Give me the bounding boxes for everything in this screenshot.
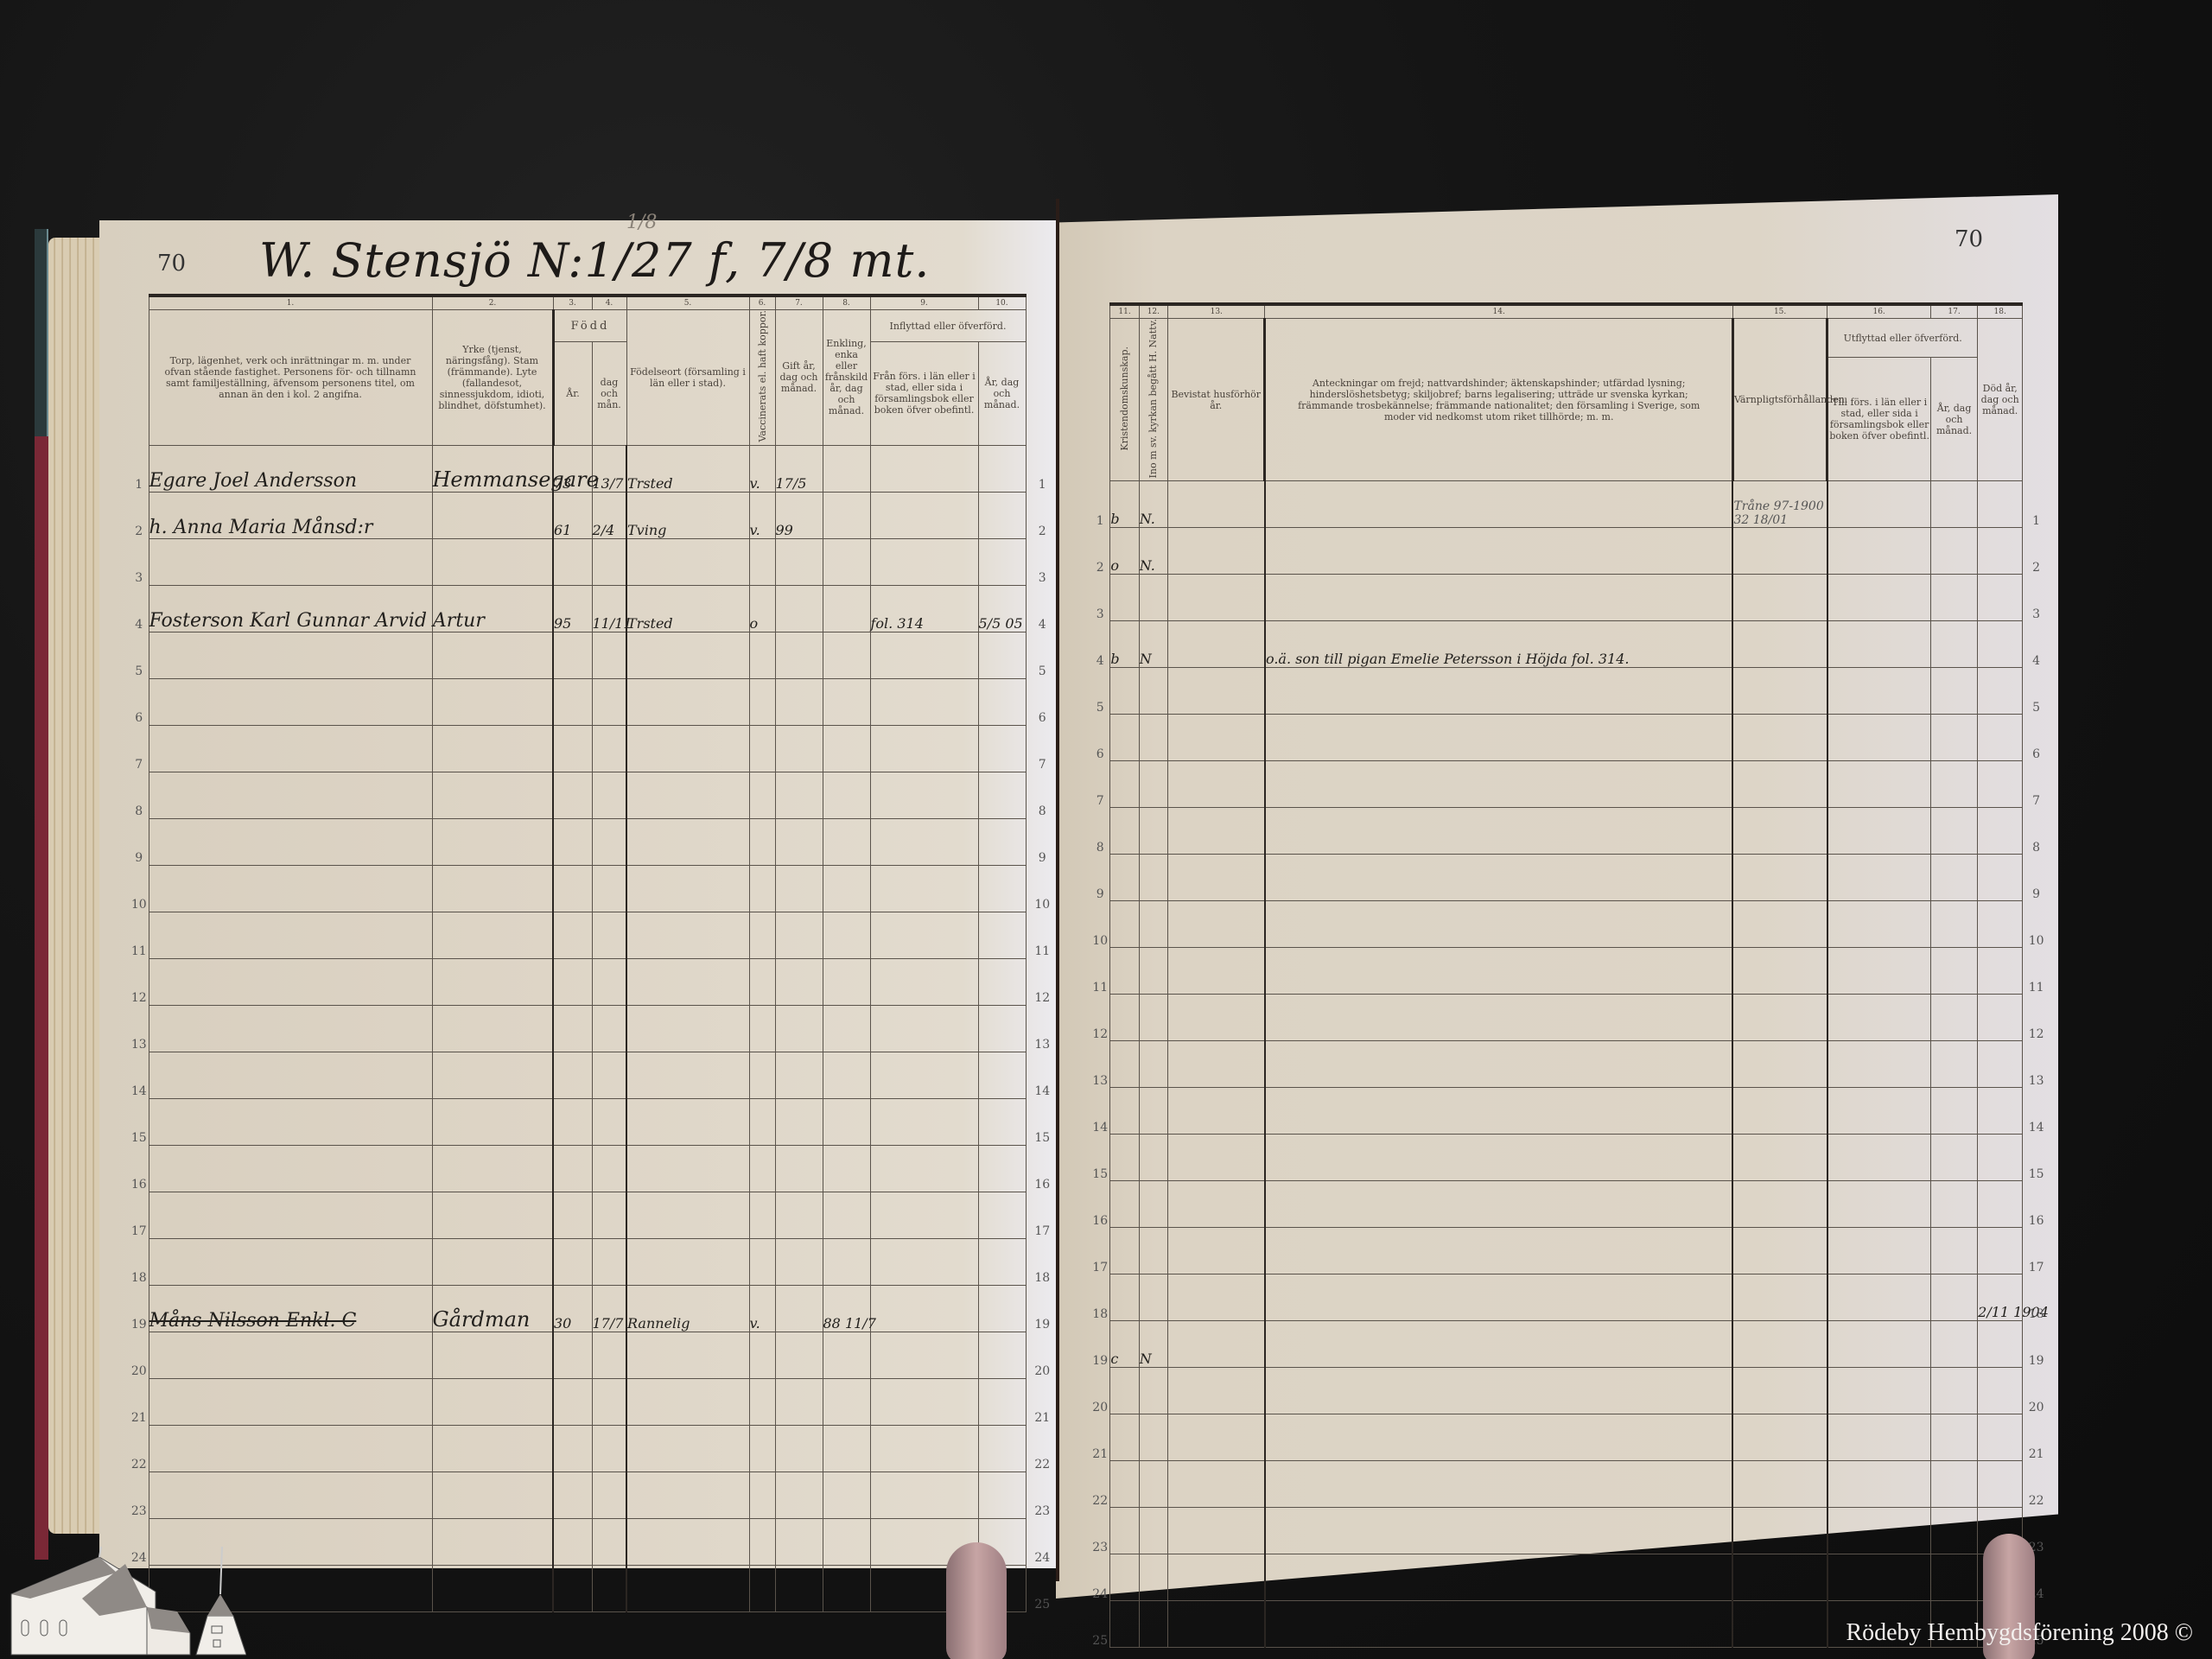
cell bbox=[432, 1238, 553, 1285]
header-col1: Torp, lägenhet, verk och inrättningar m.… bbox=[149, 310, 432, 446]
cell bbox=[775, 1098, 823, 1145]
cell bbox=[749, 1238, 775, 1285]
cell bbox=[870, 1005, 978, 1052]
row-number: 1 bbox=[2023, 481, 2050, 528]
cell: o.ä. son till pigan Emelie Petersson i H… bbox=[1265, 621, 1732, 668]
row-number: 2 bbox=[1026, 492, 1058, 538]
cell bbox=[592, 1145, 626, 1192]
cell bbox=[870, 865, 978, 912]
row-number: 7 bbox=[2023, 761, 2050, 808]
cell bbox=[149, 772, 432, 818]
cell bbox=[1168, 528, 1265, 575]
row-number: 20 bbox=[130, 1332, 149, 1378]
table-row: 1515 bbox=[1090, 1135, 2050, 1181]
table-row: 2020 bbox=[1090, 1368, 2050, 1414]
table-row: 77 bbox=[1090, 761, 2050, 808]
cell bbox=[149, 678, 432, 725]
cell bbox=[432, 1518, 553, 1565]
row-number: 15 bbox=[1090, 1135, 1110, 1181]
header-fodd: Född bbox=[553, 310, 626, 342]
cell bbox=[1139, 901, 1167, 948]
book-spine-red bbox=[35, 436, 48, 1560]
cell bbox=[870, 492, 978, 538]
cell bbox=[1732, 528, 1827, 575]
cell bbox=[432, 1332, 553, 1378]
col-number: 11. bbox=[1110, 304, 1139, 319]
cell bbox=[1265, 481, 1732, 528]
cell bbox=[870, 1425, 978, 1471]
table-row: 182/11 190418 bbox=[1090, 1274, 2050, 1321]
header-col2: Yrke (tjenst, näringsfång). Stam (främma… bbox=[432, 310, 553, 446]
cell bbox=[1931, 1135, 1978, 1181]
cell bbox=[149, 1005, 432, 1052]
cell bbox=[1110, 808, 1139, 855]
header-col4: dag och mån. bbox=[592, 342, 626, 445]
cell bbox=[1139, 1228, 1167, 1274]
cell: N bbox=[1139, 621, 1167, 668]
cell bbox=[978, 1332, 1026, 1378]
cell bbox=[1265, 1135, 1732, 1181]
cell bbox=[149, 1471, 432, 1518]
row-number: 1 bbox=[130, 445, 149, 492]
row-number: 24 bbox=[1090, 1554, 1110, 1601]
row-number: 14 bbox=[130, 1052, 149, 1098]
cell bbox=[1139, 1601, 1167, 1648]
cell bbox=[432, 678, 553, 725]
cell bbox=[823, 445, 870, 492]
left-register-table: 1. 2. 3. 4. 5. 6. 7. 8. 9. 10. Torp, läg… bbox=[130, 294, 1058, 1612]
row-number: 19 bbox=[130, 1285, 149, 1332]
cell bbox=[553, 725, 592, 772]
row-number: 19 bbox=[1026, 1285, 1058, 1332]
cell bbox=[626, 1378, 749, 1425]
row-number: 18 bbox=[1090, 1274, 1110, 1321]
cell bbox=[775, 632, 823, 678]
cell bbox=[978, 632, 1026, 678]
cell bbox=[823, 1332, 870, 1378]
cell: c bbox=[1110, 1321, 1139, 1368]
cell bbox=[626, 1332, 749, 1378]
table-row: 1818 bbox=[130, 1238, 1058, 1285]
cell bbox=[553, 1332, 592, 1378]
cell: Egare Joel Andersson bbox=[149, 445, 432, 492]
cell: b bbox=[1110, 621, 1139, 668]
row-number: 15 bbox=[130, 1098, 149, 1145]
cell bbox=[432, 1471, 553, 1518]
cell bbox=[1168, 901, 1265, 948]
cell: Måns Nilsson Enkl. C bbox=[149, 1285, 432, 1332]
cell bbox=[1931, 995, 1978, 1041]
cell bbox=[1265, 1508, 1732, 1554]
cell: 61 bbox=[553, 492, 592, 538]
table-row: 88 bbox=[130, 772, 1058, 818]
cell bbox=[1732, 1601, 1827, 1648]
header-inflyttad: Inflyttad eller öfverförd. bbox=[870, 310, 1026, 342]
cell bbox=[1139, 1461, 1167, 1508]
row-number: 1 bbox=[1090, 481, 1110, 528]
cell bbox=[978, 772, 1026, 818]
row-number: 12 bbox=[1090, 995, 1110, 1041]
cell bbox=[1827, 1321, 1931, 1368]
cell bbox=[149, 1332, 432, 1378]
cell bbox=[626, 958, 749, 1005]
cell: fol. 314 bbox=[870, 585, 978, 632]
cell bbox=[592, 912, 626, 958]
row-number: 3 bbox=[2023, 575, 2050, 621]
table-row: 2121 bbox=[1090, 1414, 2050, 1461]
cell bbox=[1110, 715, 1139, 761]
cell bbox=[823, 1518, 870, 1565]
cell bbox=[823, 912, 870, 958]
cell bbox=[1732, 1508, 1827, 1554]
header-col7: Gift år, dag och månad. bbox=[775, 310, 823, 446]
header-col17: År, dag och månad. bbox=[1931, 358, 1978, 481]
cell bbox=[432, 1378, 553, 1425]
cell bbox=[1827, 1508, 1931, 1554]
cell bbox=[1110, 668, 1139, 715]
cell bbox=[1827, 528, 1931, 575]
cell bbox=[1110, 1088, 1139, 1135]
table-row: 2222 bbox=[1090, 1461, 2050, 1508]
header-col18: Död år, dag och månad. bbox=[1978, 319, 2023, 481]
cell bbox=[978, 1098, 1026, 1145]
cell bbox=[592, 1052, 626, 1098]
cell bbox=[1827, 715, 1931, 761]
cell bbox=[1265, 668, 1732, 715]
cell bbox=[1978, 1228, 2023, 1274]
cell bbox=[626, 1005, 749, 1052]
cell bbox=[1265, 1368, 1732, 1414]
cell bbox=[432, 772, 553, 818]
cell bbox=[749, 1518, 775, 1565]
header-col15: Värnpligtsförhållanden. bbox=[1732, 319, 1827, 481]
cell bbox=[1110, 575, 1139, 621]
cell bbox=[870, 1145, 978, 1192]
cell bbox=[823, 958, 870, 1005]
row-number: 20 bbox=[2023, 1368, 2050, 1414]
cell bbox=[1265, 1274, 1732, 1321]
row-number: 10 bbox=[1026, 865, 1058, 912]
cell bbox=[1265, 528, 1732, 575]
cell bbox=[432, 1005, 553, 1052]
table-row: 2h. Anna Maria Månsd:r612/4Tvingv.992 bbox=[130, 492, 1058, 538]
cell bbox=[870, 725, 978, 772]
cell bbox=[1139, 948, 1167, 995]
cell bbox=[775, 958, 823, 1005]
table-row: 33 bbox=[130, 538, 1058, 585]
cell bbox=[749, 678, 775, 725]
row-number: 3 bbox=[130, 538, 149, 585]
table-row: 1bN.Tråne 97-1900 32 18/011 bbox=[1090, 481, 2050, 528]
cell bbox=[1732, 1321, 1827, 1368]
cell bbox=[1168, 855, 1265, 901]
cell bbox=[1732, 621, 1827, 668]
cell bbox=[1732, 1414, 1827, 1461]
cell bbox=[978, 725, 1026, 772]
cell bbox=[592, 865, 626, 912]
cell bbox=[553, 1098, 592, 1145]
cell bbox=[1732, 855, 1827, 901]
col-number: 3. bbox=[553, 296, 592, 310]
cell bbox=[1931, 528, 1978, 575]
col-number: 7. bbox=[775, 296, 823, 310]
cell bbox=[1978, 715, 2023, 761]
cell bbox=[870, 1332, 978, 1378]
cell bbox=[1265, 1228, 1732, 1274]
cell bbox=[1168, 575, 1265, 621]
cell bbox=[1978, 1414, 2023, 1461]
table-row: 55 bbox=[1090, 668, 2050, 715]
row-number: 6 bbox=[130, 678, 149, 725]
cell bbox=[749, 1332, 775, 1378]
cell bbox=[1931, 948, 1978, 995]
table-row: 4bNo.ä. son till pigan Emelie Petersson … bbox=[1090, 621, 2050, 668]
cell bbox=[775, 1238, 823, 1285]
cell bbox=[149, 1425, 432, 1471]
row-number: 15 bbox=[2023, 1135, 2050, 1181]
table-row: 66 bbox=[1090, 715, 2050, 761]
cell bbox=[1931, 1228, 1978, 1274]
col-number: 6. bbox=[749, 296, 775, 310]
cell bbox=[1732, 1088, 1827, 1135]
cell bbox=[978, 538, 1026, 585]
table-row: 1515 bbox=[130, 1098, 1058, 1145]
cell bbox=[1110, 1274, 1139, 1321]
cell bbox=[626, 1565, 749, 1611]
cell bbox=[775, 725, 823, 772]
cell bbox=[823, 1425, 870, 1471]
cell bbox=[870, 1192, 978, 1238]
row-number: 13 bbox=[1026, 1005, 1058, 1052]
cell bbox=[823, 1471, 870, 1518]
cell bbox=[553, 1145, 592, 1192]
row-number: 22 bbox=[2023, 1461, 2050, 1508]
cell bbox=[626, 1052, 749, 1098]
row-number: 6 bbox=[2023, 715, 2050, 761]
cell bbox=[553, 1471, 592, 1518]
cell bbox=[149, 818, 432, 865]
cell bbox=[775, 1052, 823, 1098]
cell bbox=[1931, 808, 1978, 855]
row-number: 25 bbox=[1090, 1601, 1110, 1648]
cell bbox=[592, 958, 626, 1005]
cell bbox=[149, 632, 432, 678]
cell bbox=[1978, 855, 2023, 901]
cell bbox=[626, 1145, 749, 1192]
cell bbox=[1931, 1088, 1978, 1135]
cell bbox=[553, 1005, 592, 1052]
row-number: 21 bbox=[130, 1378, 149, 1425]
cell bbox=[149, 1098, 432, 1145]
cell bbox=[1978, 621, 2023, 668]
cell: 88 11/7 bbox=[823, 1285, 870, 1332]
cell bbox=[1265, 1181, 1732, 1228]
cell bbox=[1265, 1088, 1732, 1135]
cell bbox=[749, 725, 775, 772]
cell bbox=[1827, 575, 1931, 621]
row-number: 17 bbox=[1026, 1192, 1058, 1238]
cell bbox=[1978, 948, 2023, 995]
cell bbox=[1931, 481, 1978, 528]
cell bbox=[592, 1425, 626, 1471]
row-number: 22 bbox=[130, 1425, 149, 1471]
table-row: 2121 bbox=[130, 1378, 1058, 1425]
cell bbox=[1827, 668, 1931, 715]
cell bbox=[592, 1332, 626, 1378]
row-number: 9 bbox=[1090, 855, 1110, 901]
header-utflyttad: Utflyttad eller öfverförd. bbox=[1827, 319, 1978, 358]
cell bbox=[1168, 1554, 1265, 1601]
cell bbox=[1978, 808, 2023, 855]
row-number: 16 bbox=[1090, 1181, 1110, 1228]
table-row: 1010 bbox=[130, 865, 1058, 912]
cell: Rannelig bbox=[626, 1285, 749, 1332]
row-number: 11 bbox=[130, 912, 149, 958]
cell bbox=[432, 818, 553, 865]
cell bbox=[1139, 1041, 1167, 1088]
col-number: 13. bbox=[1168, 304, 1265, 319]
cell bbox=[1827, 901, 1931, 948]
cell bbox=[1110, 1554, 1139, 1601]
cell bbox=[626, 1518, 749, 1565]
row-number: 16 bbox=[2023, 1181, 2050, 1228]
cell bbox=[775, 585, 823, 632]
cell bbox=[749, 1425, 775, 1471]
cell bbox=[432, 865, 553, 912]
col-number: 9. bbox=[870, 296, 978, 310]
table-row: 19Måns Nilsson Enkl. CGårdman3017/7Ranne… bbox=[130, 1285, 1058, 1332]
cell bbox=[1732, 1181, 1827, 1228]
finger bbox=[946, 1542, 1007, 1659]
row-number: 4 bbox=[2023, 621, 2050, 668]
row-number: 20 bbox=[1026, 1332, 1058, 1378]
cell bbox=[823, 1378, 870, 1425]
cell: 17/5 bbox=[775, 445, 823, 492]
cell bbox=[978, 1192, 1026, 1238]
cell bbox=[1168, 1414, 1265, 1461]
table-row: 2424 bbox=[130, 1518, 1058, 1565]
cell bbox=[823, 632, 870, 678]
cell bbox=[626, 818, 749, 865]
cell bbox=[432, 725, 553, 772]
cell bbox=[1168, 1368, 1265, 1414]
cell bbox=[1732, 575, 1827, 621]
cell bbox=[1732, 995, 1827, 1041]
cell bbox=[823, 1238, 870, 1285]
row-number: 1 bbox=[1026, 445, 1058, 492]
row-number: 8 bbox=[130, 772, 149, 818]
col-number: 8. bbox=[823, 296, 870, 310]
cell bbox=[823, 1145, 870, 1192]
cell bbox=[1168, 1088, 1265, 1135]
header-col11: Kristendomskunskap. bbox=[1110, 319, 1139, 481]
cell bbox=[1732, 808, 1827, 855]
table-row: 1313 bbox=[1090, 1041, 2050, 1088]
row-number: 5 bbox=[1026, 632, 1058, 678]
cell bbox=[1827, 1135, 1931, 1181]
cell bbox=[1168, 621, 1265, 668]
cell bbox=[870, 445, 978, 492]
church-and-belltower-icon bbox=[4, 1547, 246, 1659]
cell bbox=[1139, 1414, 1167, 1461]
cell bbox=[1978, 1135, 2023, 1181]
cell bbox=[1139, 668, 1167, 715]
row-number: 13 bbox=[130, 1005, 149, 1052]
row-number: 8 bbox=[1090, 808, 1110, 855]
cell bbox=[749, 912, 775, 958]
cell bbox=[553, 1378, 592, 1425]
cell bbox=[775, 538, 823, 585]
cell bbox=[1732, 668, 1827, 715]
cell bbox=[1978, 1368, 2023, 1414]
cell bbox=[775, 1471, 823, 1518]
table-row: 1414 bbox=[1090, 1088, 2050, 1135]
col-number: 17. bbox=[1931, 304, 1978, 319]
cell bbox=[1931, 761, 1978, 808]
cell bbox=[1827, 948, 1931, 995]
cell: o bbox=[1110, 528, 1139, 575]
row-number: 17 bbox=[1090, 1228, 1110, 1274]
table-row: 2525 bbox=[130, 1565, 1058, 1611]
cell bbox=[1978, 668, 2023, 715]
cell bbox=[1168, 1041, 1265, 1088]
col-number: 14. bbox=[1265, 304, 1732, 319]
table-row: 99 bbox=[1090, 855, 2050, 901]
col-number: 2. bbox=[432, 296, 553, 310]
cell bbox=[1931, 1508, 1978, 1554]
cell bbox=[1110, 1135, 1139, 1181]
table-row: 1212 bbox=[130, 958, 1058, 1005]
cell bbox=[1139, 1554, 1167, 1601]
cell bbox=[978, 1145, 1026, 1192]
cell bbox=[775, 1145, 823, 1192]
cell bbox=[626, 632, 749, 678]
cell bbox=[432, 538, 553, 585]
cell bbox=[1168, 715, 1265, 761]
cell bbox=[1265, 761, 1732, 808]
cell bbox=[432, 585, 553, 632]
table-row: 1212 bbox=[1090, 995, 2050, 1041]
row-number: 14 bbox=[2023, 1088, 2050, 1135]
row-number: 7 bbox=[1090, 761, 1110, 808]
watermark: Rödeby Hembygdsförening 2008 © bbox=[1846, 1619, 2193, 1647]
cell bbox=[149, 1052, 432, 1098]
cell bbox=[749, 1098, 775, 1145]
cell bbox=[149, 1238, 432, 1285]
cell bbox=[1139, 1508, 1167, 1554]
cell: v. bbox=[749, 445, 775, 492]
row-number: 12 bbox=[1026, 958, 1058, 1005]
cell bbox=[1265, 575, 1732, 621]
cell bbox=[553, 678, 592, 725]
row-number: 11 bbox=[1026, 912, 1058, 958]
cell bbox=[1732, 1041, 1827, 1088]
cell: b bbox=[1110, 481, 1139, 528]
cell bbox=[592, 1565, 626, 1611]
cell bbox=[978, 492, 1026, 538]
cell bbox=[1827, 1554, 1931, 1601]
cell bbox=[1827, 621, 1931, 668]
cell bbox=[823, 725, 870, 772]
cell bbox=[1168, 668, 1265, 715]
cell: 30 bbox=[553, 1285, 592, 1332]
cell bbox=[592, 1098, 626, 1145]
cell bbox=[1168, 808, 1265, 855]
row-number: 12 bbox=[130, 958, 149, 1005]
cell bbox=[1168, 995, 1265, 1041]
cell bbox=[149, 1192, 432, 1238]
cell bbox=[1827, 1228, 1931, 1274]
